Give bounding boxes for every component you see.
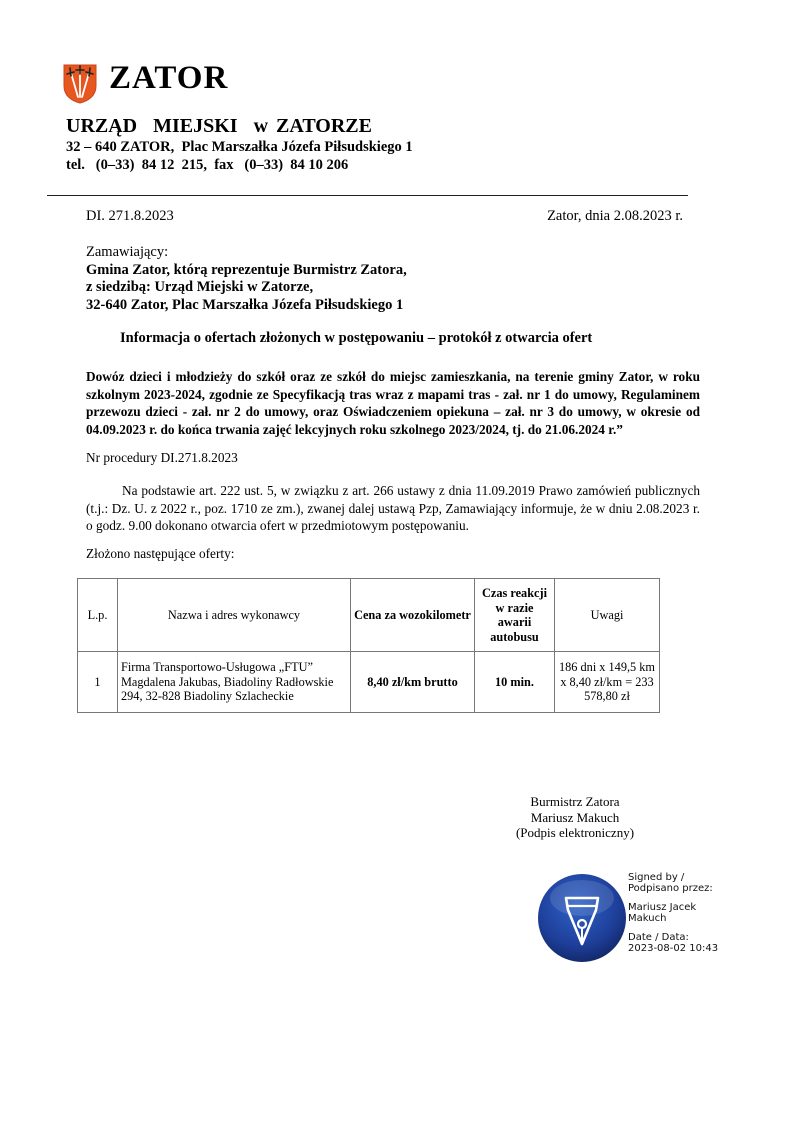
signed-by-label: Podpisano przez: bbox=[628, 884, 718, 895]
office-contact: tel. (0–33) 84 12 215, fax (0–33) 84 10 … bbox=[66, 156, 348, 174]
document-title: Informacja o ofertach złożonych w postęp… bbox=[120, 330, 592, 348]
header-contractor: Nazwa i adres wykonawcy bbox=[118, 579, 351, 652]
header-reaction-time: Czas reakcji w razie awarii autobusu bbox=[475, 579, 555, 652]
buyer-line: 32-640 Zator, Plac Marszałka Józefa Piłs… bbox=[86, 297, 686, 315]
signature-date-label: Date / Data: bbox=[628, 933, 718, 944]
signer-name: Makuch bbox=[628, 914, 718, 925]
header-notes: Uwagi bbox=[555, 579, 660, 652]
cell-reaction-time: 10 min. bbox=[475, 652, 555, 713]
cell-contractor: Firma Transportowo-Usługowa „FTU” Magdal… bbox=[118, 652, 351, 713]
signatory-block: Burmistrz Zatora Mariusz Makuch (Podpis … bbox=[500, 794, 650, 841]
signatory-name: Mariusz Makuch bbox=[500, 810, 650, 826]
office-address: 32 – 640 ZATOR, Plac Marszałka Józefa Pi… bbox=[66, 138, 413, 156]
offers-label: Złożono następujące oferty: bbox=[86, 546, 234, 562]
buyer-label: Zamawiający: bbox=[86, 244, 686, 262]
reference-number: DI. 271.8.2023 bbox=[86, 208, 174, 226]
signature-details: Signed by / Podpisano przez: Mariusz Jac… bbox=[628, 873, 718, 954]
signature-date: 2023-08-02 10:43 bbox=[628, 944, 718, 955]
signed-by-label: Signed by / bbox=[628, 873, 718, 884]
table-header-row: L.p. Nazwa i adres wykonawcy Cena za woz… bbox=[78, 579, 660, 652]
offers-table: L.p. Nazwa i adres wykonawcy Cena za woz… bbox=[77, 578, 660, 713]
signatory-note: (Podpis elektroniczny) bbox=[500, 825, 650, 841]
fountain-pen-seal-icon bbox=[536, 872, 628, 964]
place-date: Zator, dnia 2.08.2023 r. bbox=[547, 208, 683, 226]
cell-price: 8,40 zł/km brutto bbox=[351, 652, 475, 713]
body-paragraph: Na podstawie art. 222 ust. 5, w związku … bbox=[86, 482, 700, 535]
logo-text: ZATOR bbox=[109, 58, 228, 98]
table-row: 1 Firma Transportowo-Usługowa „FTU” Magd… bbox=[78, 652, 660, 713]
header-lp: L.p. bbox=[78, 579, 118, 652]
cell-notes: 186 dni x 149,5 km x 8,40 zł/km = 233 57… bbox=[555, 652, 660, 713]
procedure-number: Nr procedury DI.271.8.2023 bbox=[86, 450, 238, 466]
signatory-title: Burmistrz Zatora bbox=[500, 794, 650, 810]
cell-lp: 1 bbox=[78, 652, 118, 713]
procurement-subject: Dowóz dzieci i młodzieży do szkół oraz z… bbox=[86, 368, 700, 438]
office-name: URZĄD MIEJSKI w ZATORZE bbox=[66, 114, 372, 138]
header-price: Cena za wozokilometr bbox=[351, 579, 475, 652]
signer-name: Mariusz Jacek bbox=[628, 903, 718, 914]
zator-crest-icon bbox=[63, 64, 97, 104]
buyer-block: Zamawiający: Gmina Zator, którą reprezen… bbox=[86, 244, 686, 314]
header-divider bbox=[47, 195, 688, 196]
buyer-line: z siedzibą: Urząd Miejski w Zatorze, bbox=[86, 279, 686, 297]
buyer-line: Gmina Zator, którą reprezentuje Burmistr… bbox=[86, 262, 686, 280]
